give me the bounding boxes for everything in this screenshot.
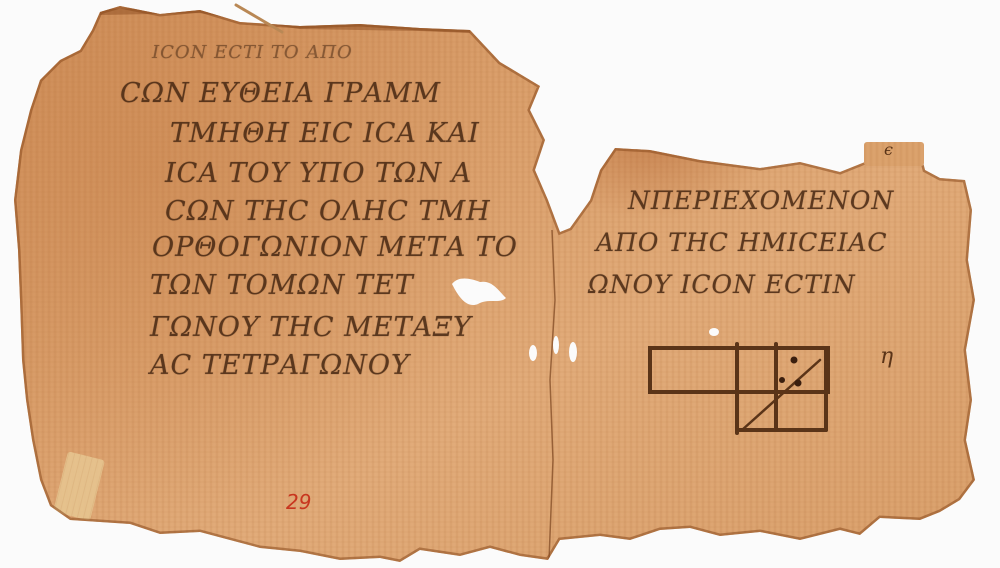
text-line-right-1: ΑΠΟ ΤΗϹ ΗΜΙϹΕΙΑϹ bbox=[596, 228, 888, 257]
text-line-left-7: ΓΩΝΟΥ ΤΗϹ ΜΕΤΑΞΥ bbox=[150, 312, 472, 343]
top-fragment-mark: ϵ bbox=[884, 140, 893, 159]
margin-mark: η bbox=[880, 344, 893, 369]
text-line-left-3: ΙϹΑ ΤΟΥ ΥΠΟ ΤΩΝ Α bbox=[165, 158, 472, 189]
text-line-left-8: ΑϹ ΤΕΤΡΑΓΩΝΟΥ bbox=[150, 350, 410, 381]
text-line-left-2: ΤΜΗΘΗ ΕΙϹ ΙϹΑ ΚΑΙ bbox=[170, 118, 480, 149]
red-page-number: 29 bbox=[286, 490, 311, 514]
text-line-right-2: ΩΝΟΥ ΙϹΟΝ ΕϹΤΙΝ bbox=[588, 270, 856, 299]
text-line-left-1: ϹΩΝ ΕΥΘΕΙΑ ΓΡΑΜΜ bbox=[120, 78, 441, 109]
text-line-left-4: ϹΩΝ ΤΗϹ ΟΛΗϹ ΤΜΗ bbox=[165, 196, 491, 227]
text-line-left-6: ΤΩΝ ΤΟΜΩΝ ΤΕΤ bbox=[150, 270, 414, 301]
text-line-right-0: ΝΠΕΡΙΕΧΟΜΕΝΟΝ bbox=[628, 186, 894, 215]
text-line-left-5: ΟΡΘΟΓΩΝΙΟΝ ΜΕΤΑ ΤΟ bbox=[152, 232, 518, 263]
text-line-left-0: ΙϹΟΝ ΕϹΤΙ ΤΟ ΑΠΟ bbox=[152, 42, 353, 63]
photo-stage: ΙϹΟΝ ΕϹΤΙ ΤΟ ΑΠΟ ϹΩΝ ΕΥΘΕΙΑ ΓΡΑΜΜ ΤΜΗΘΗ … bbox=[0, 0, 1000, 568]
